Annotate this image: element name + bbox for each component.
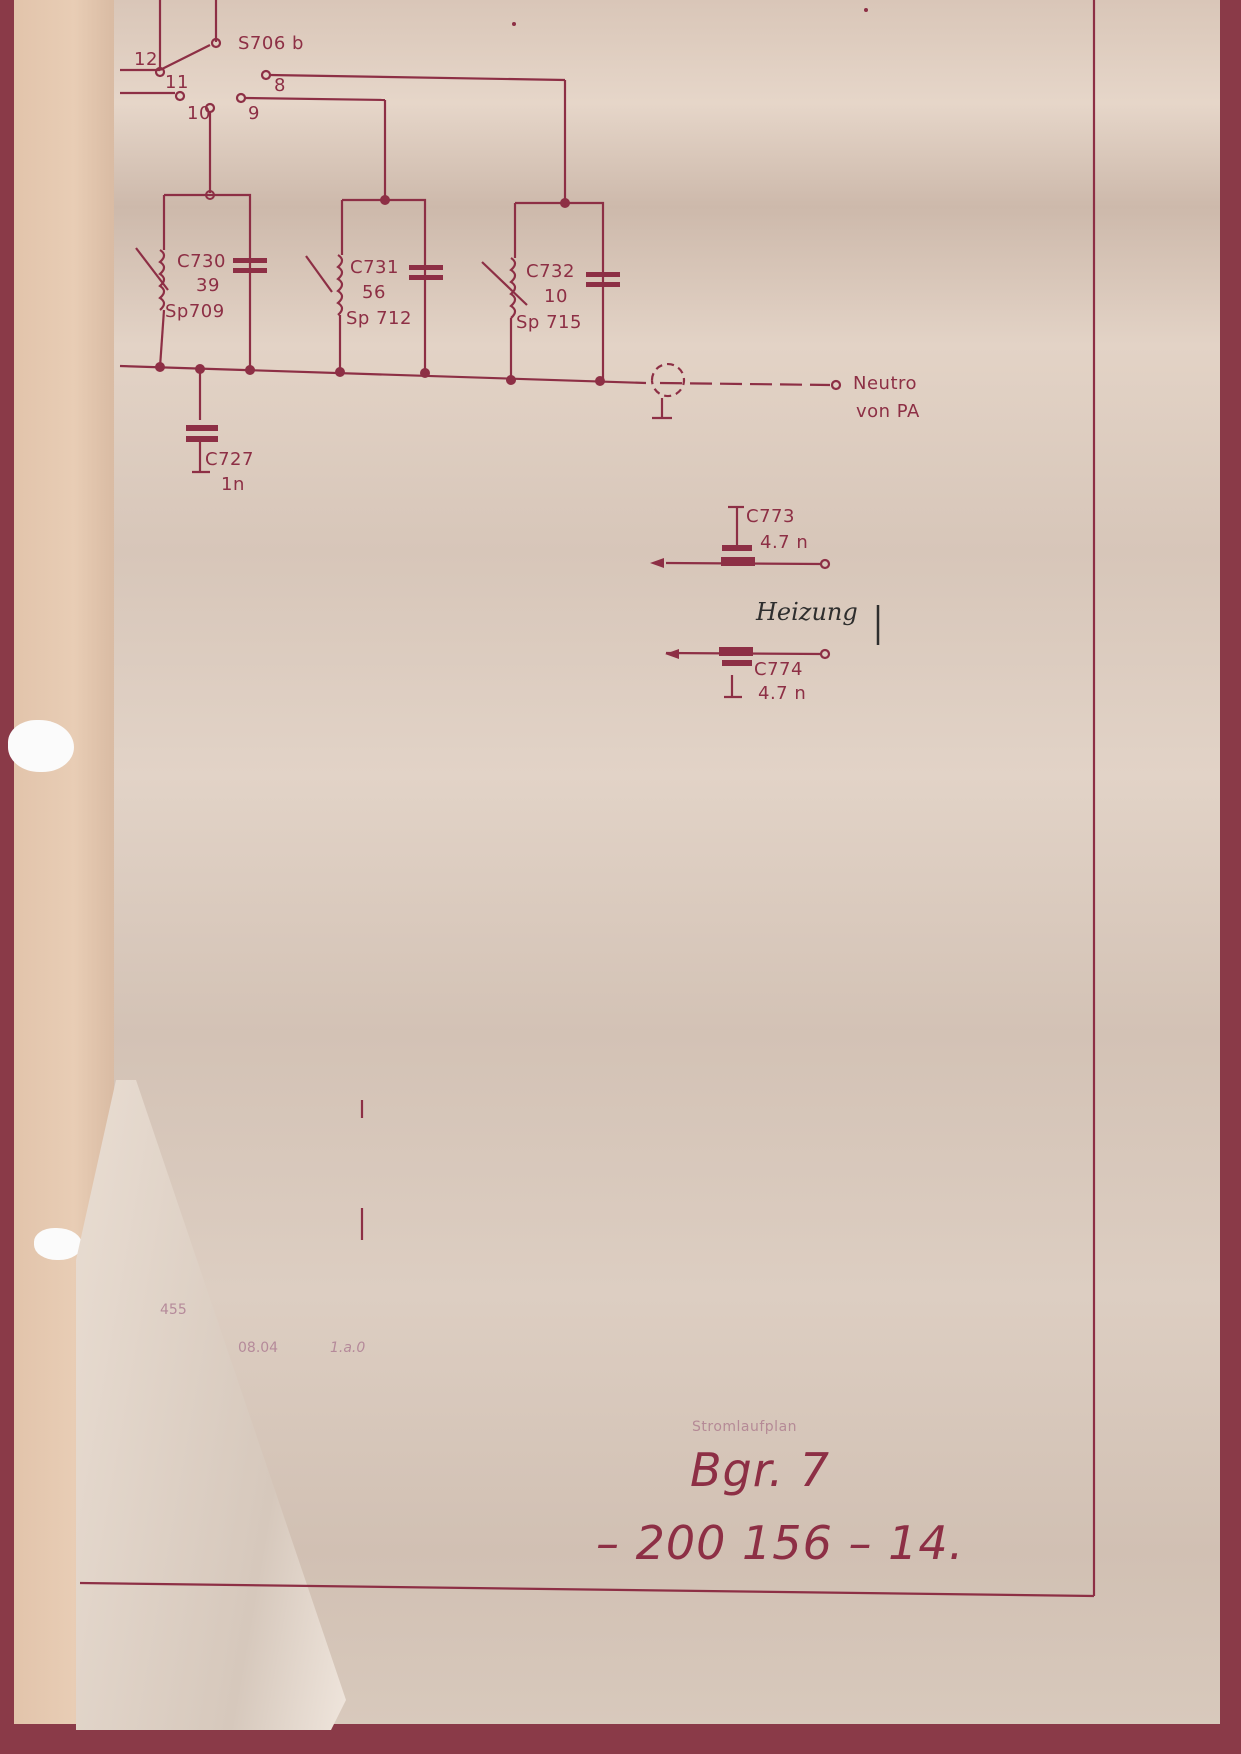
c774-value: 4.7 n [758, 684, 806, 704]
faint-mark-middle: 08.04 [238, 1340, 278, 1356]
switch-pin-10: 10 [187, 104, 211, 124]
sp715-label: Sp 715 [516, 313, 582, 333]
switch-pin-11: 11 [165, 73, 189, 93]
title-caption: Stromlaufplan [692, 1417, 797, 1437]
switch-pin-9: 9 [248, 104, 260, 124]
sp712-label: Sp 712 [346, 309, 412, 329]
faint-mark-right: 1.a.0 [330, 1340, 365, 1356]
c730-label: C730 [177, 252, 226, 272]
title-group: Bgr. 7 [690, 1445, 830, 1495]
c731-label: C731 [350, 258, 399, 278]
handwritten-note: Heizung [756, 598, 858, 626]
drawing-number: – 200 156 – 14. [596, 1518, 964, 1568]
c773-label: C773 [746, 507, 795, 527]
c732-value: 10 [544, 287, 568, 307]
switch-pin-8: 8 [274, 76, 286, 96]
neutro-label: Neutro [853, 374, 917, 394]
frame-bottom-line [80, 1583, 1094, 1596]
c727-label: C727 [205, 450, 254, 470]
switch-label: S706 b [238, 34, 304, 54]
faint-mark-left: 455 [160, 1302, 187, 1318]
c730-value: 39 [196, 276, 220, 296]
c774-label: C774 [754, 660, 803, 680]
c773-value: 4.7 n [760, 533, 808, 553]
c727-value: 1n [221, 475, 245, 495]
c731-value: 56 [362, 283, 386, 303]
switch-pin-12: 12 [134, 50, 158, 70]
sp709-label: Sp709 [165, 302, 225, 322]
c732-label: C732 [526, 262, 575, 282]
neutro-source-label: von PA [856, 402, 920, 422]
